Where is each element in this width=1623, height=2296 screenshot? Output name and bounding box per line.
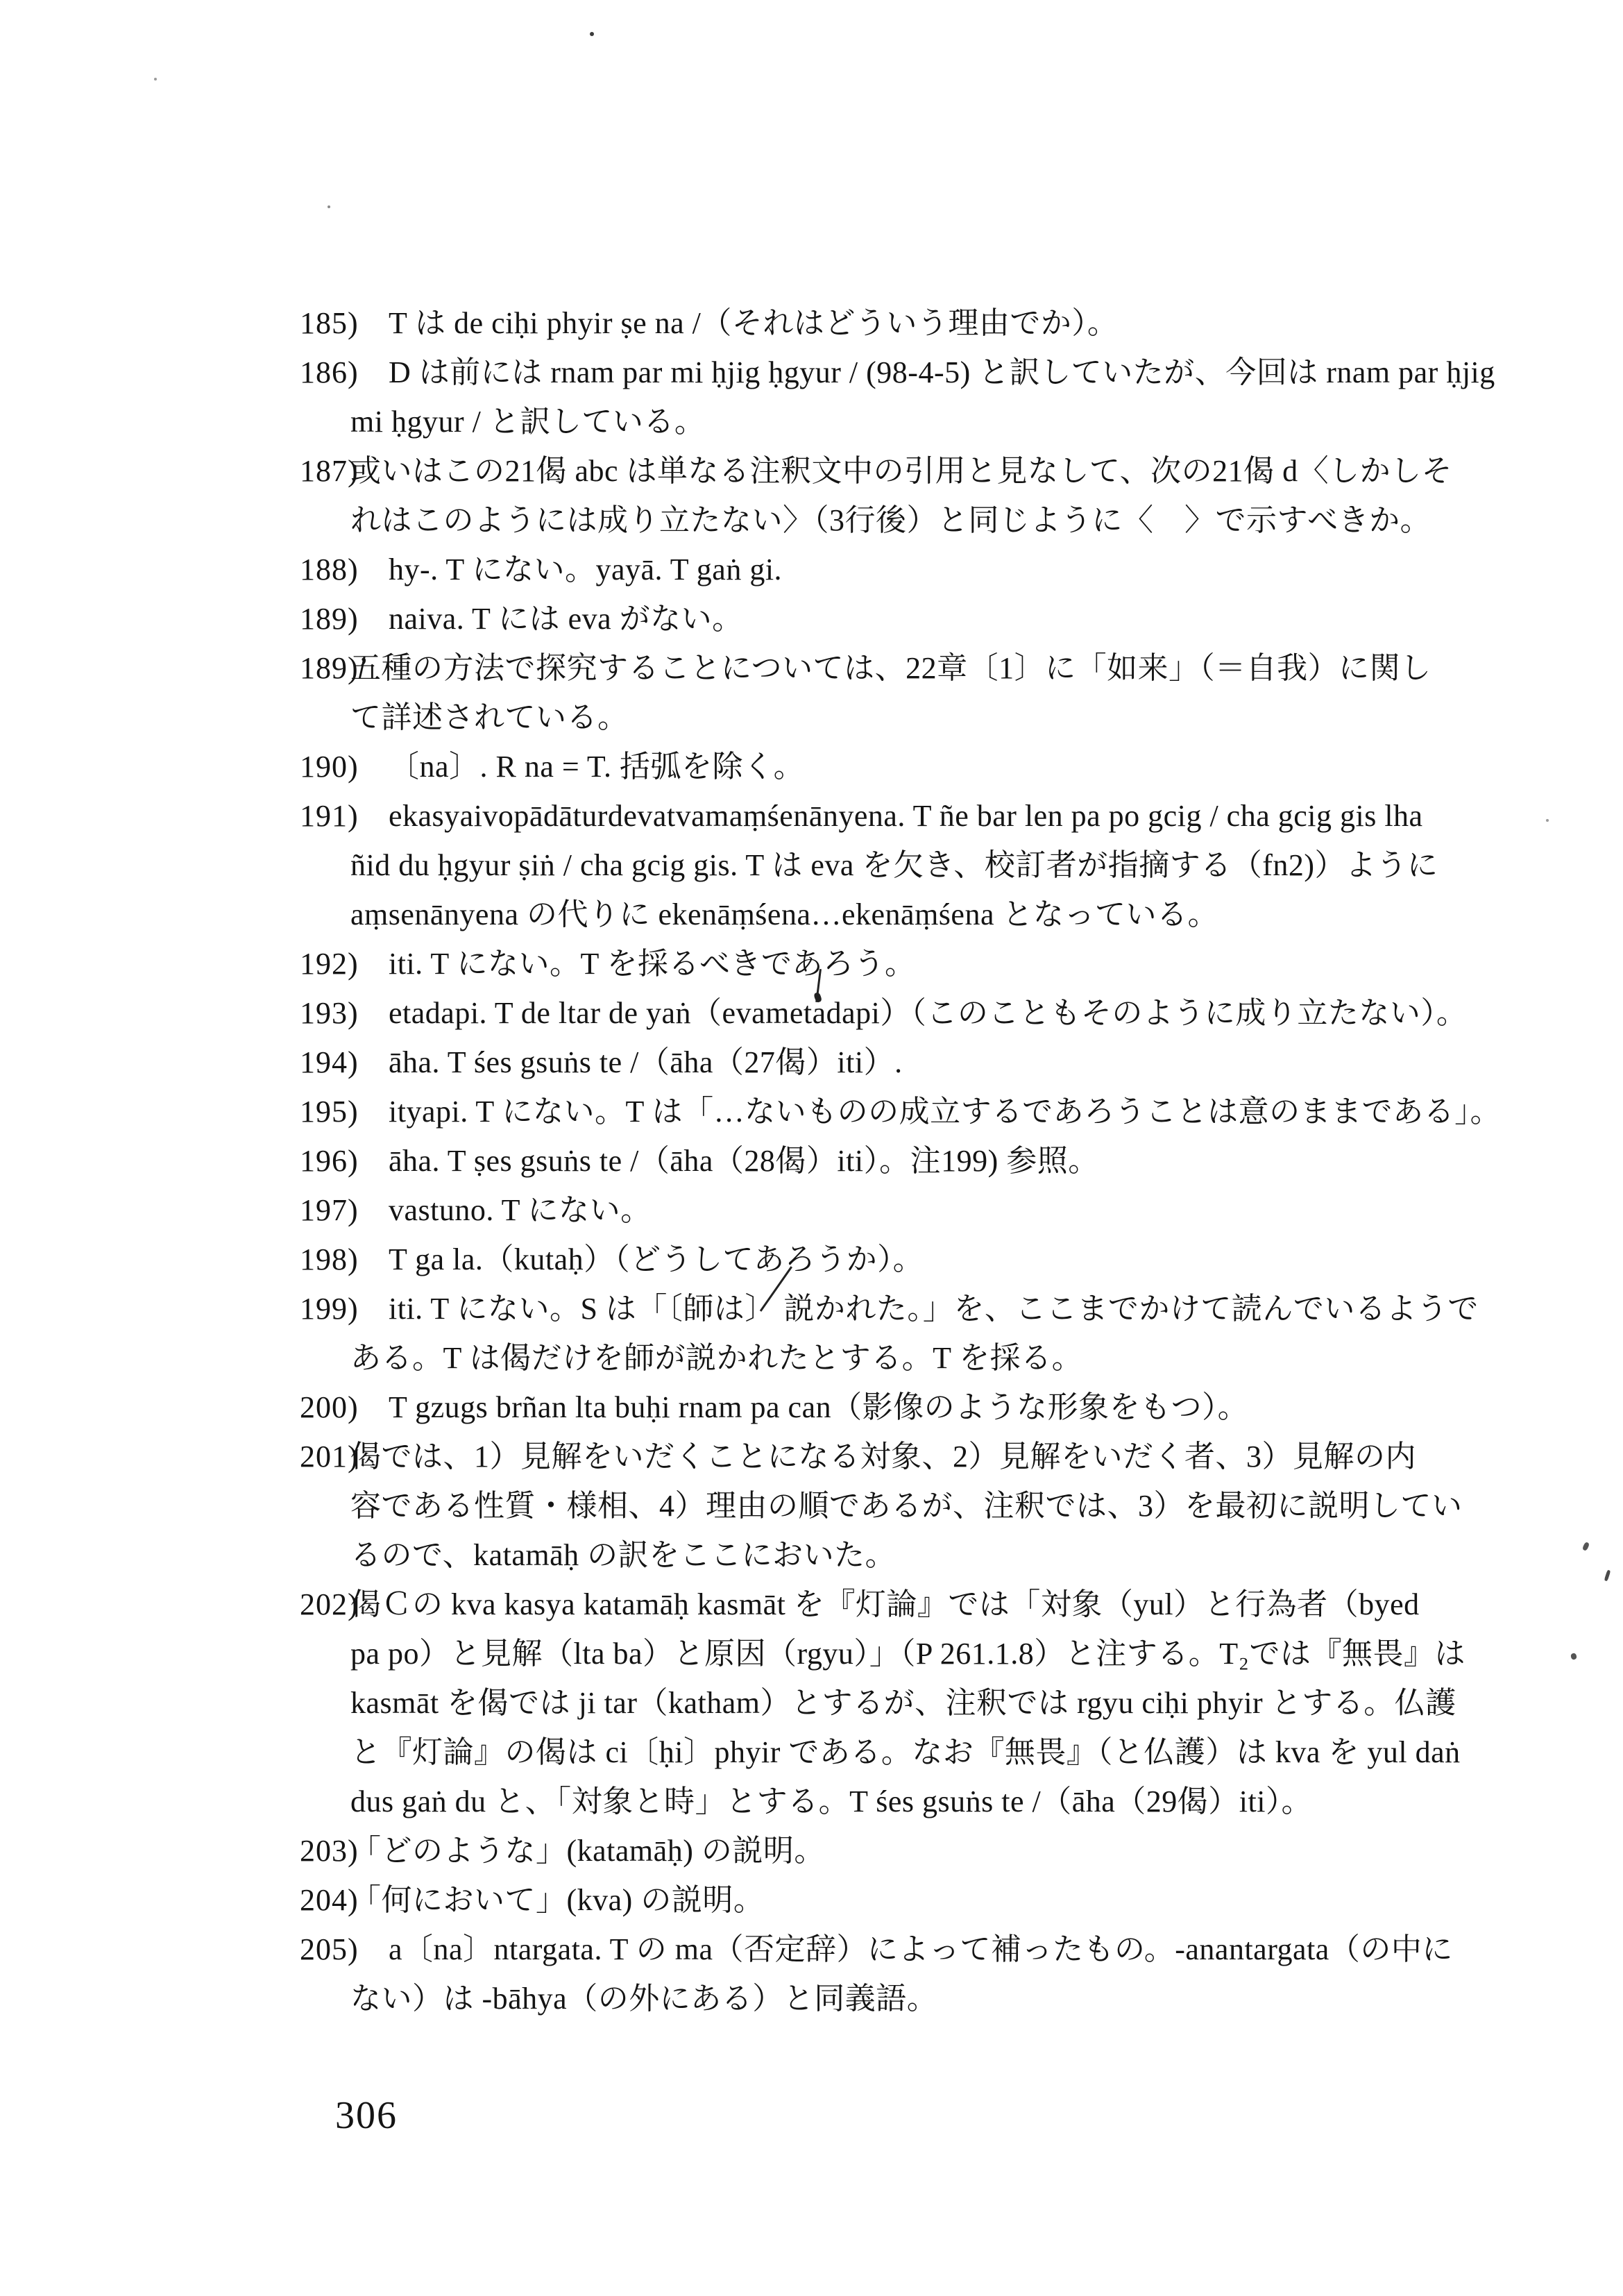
note-line: vastuno. T にない。 [350,1185,1472,1235]
note-line: dus gaṅ du と、「対象と時」とする。T śes gsuṅs te /（… [350,1777,1472,1826]
note-line: ない）は -bāhya（の外にある）と同義語。 [350,1974,1472,2023]
note-number: 205) [300,1925,359,1974]
footnote: 190)〔na〕. R na = T. 括弧を除く。 [300,742,1472,791]
note-line: 「どのような」(katamāḥ) の説明。 [350,1826,1472,1875]
footnote: 202)偈Ｃの kva kasya katamāḥ kasmāt を『灯論』では… [300,1580,1472,1826]
note-number: 202) [300,1580,359,1629]
note-number: 195) [300,1087,359,1136]
note-line: るので、katamāḥ の訳をここにおいた。 [350,1530,1472,1580]
page-number: 306 [335,2095,398,2136]
footnote: 204)「何において」(kva) の説明。 [300,1875,1472,1925]
note-number: 203) [300,1826,359,1875]
scan-speck [1582,1542,1590,1551]
note-line: naiva. T には eva がない。 [350,594,1472,643]
footnote: 205)a〔na〕ntargata. T の ma（否定辞）によって補ったもの。… [300,1925,1472,2023]
note-number: 196) [300,1136,359,1185]
note-line: hy-. T にない。yayā. T gaṅ gi. [350,545,1472,594]
note-line: T は de ciḥi phyir ṣe na /（それはどういう理由でか）。 [350,298,1472,348]
footnote: 188)hy-. T にない。yayā. T gaṅ gi. [300,545,1472,594]
footnote: 192)iti. T にない。T を採るべきであろう。 [300,939,1472,988]
note-number: 191) [300,791,359,841]
scan-speck [1604,1570,1611,1582]
note-line: ityapi. T にない。T は「…ないものの成立するであろうことは意のままで… [350,1087,1472,1136]
note-line: mi ḥgyur / と訳している。 [350,397,1472,446]
note-number: 185) [300,298,359,348]
footnote: 199)iti. T にない。S は「〔師は〕 説かれた。」を、ここまでかけて読… [300,1284,1472,1383]
note-line: 「何において」(kva) の説明。 [350,1875,1472,1925]
footnote: 195)ityapi. T にない。T は「…ないものの成立するであろうことは意… [300,1087,1472,1136]
note-line: 或いはこの21偈 abc は単なる注釈文中の引用と見なして、次の21偈 d〈しか… [350,446,1472,496]
note-number: 194) [300,1038,359,1087]
footnote: 197)vastuno. T にない。 [300,1185,1472,1235]
footnote: 203)「どのような」(katamāḥ) の説明。 [300,1826,1472,1875]
note-line: 五種の方法で探究することについては、22章〔1〕に「如来」（＝自我）に関し [350,643,1472,693]
note-line: āha. T ṣes gsuṅs te /（āha（28偈）iti）。注199)… [350,1136,1472,1185]
note-line: a〔na〕ntargata. T の ma（否定辞）によって補ったもの。-ana… [350,1925,1472,1974]
note-number: 197) [300,1185,359,1235]
note-number: 190) [300,742,359,791]
scan-speck [1546,819,1549,822]
note-line: ある。T は偈だけを師が説かれたとする。T を採る。 [350,1333,1472,1383]
note-number: 187) [300,446,359,496]
footnote: 194)āha. T śes gsuṅs te /（āha（27偈）iti）. [300,1038,1472,1087]
note-line: 〔na〕. R na = T. 括弧を除く。 [350,742,1472,791]
note-number: 189) [300,594,359,643]
note-number: 192) [300,939,359,988]
note-line: T gzugs brñan lta buḥi rnam pa can（影像のよう… [350,1383,1472,1432]
note-number: 198) [300,1235,359,1284]
scan-speck [590,32,594,36]
note-line: ñid du ḥgyur ṣiṅ / cha gcig gis. T は eva… [350,841,1472,890]
footnote: 189)naiva. T には eva がない。 [300,594,1472,643]
scanned-book-page: 185)T は de ciḥi phyir ṣe na /（それはどういう理由で… [0,0,1623,2296]
footnote: 198)T ga la.（kutaḥ）（どうしてあろうか）。 [300,1235,1472,1284]
scan-speck [1570,1653,1577,1660]
note-line: 偈では、1）見解をいだくことになる対象、2）見解をいだく者、3）見解の内 [350,1432,1472,1481]
note-line: D は前には rnam par mi ḥjig ḥgyur / (98-4-5)… [350,348,1472,397]
footnote: 196)āha. T ṣes gsuṅs te /（āha（28偈）iti）。注… [300,1136,1472,1185]
scan-speck [154,78,157,81]
note-line: れはこのようには成り立たない〉（3行後）と同じように〈 〉で示すべきか。 [350,496,1472,545]
endnotes-list: 185)T は de ciḥi phyir ṣe na /（それはどういう理由で… [300,298,1472,2023]
note-number: 200) [300,1383,359,1432]
note-line: 偈Ｃの kva kasya katamāḥ kasmāt を『灯論』では「対象（… [350,1580,1472,1629]
note-line: T ga la.（kutaḥ）（どうしてあろうか）。 [350,1235,1472,1284]
note-number: 188) [300,545,359,594]
footnote: 186)D は前には rnam par mi ḥjig ḥgyur / (98-… [300,348,1472,446]
note-number: 201) [300,1432,359,1481]
footnote: 191)ekasyaivopādāturdevatvamaṃśenānyena.… [300,791,1472,939]
note-number: 186) [300,348,359,397]
note-line: etadapi. T de ltar de yaṅ（evametadapi）（こ… [350,988,1472,1038]
note-line: と『灯論』の偈は ci〔ḥi〕phyir である。なお『無畏』（と仏護）は kv… [350,1728,1472,1777]
note-number: 204) [300,1875,359,1925]
note-number: 193) [300,988,359,1038]
note-line: aṃsenānyena の代りに ekenāṃśena…ekenāṃśena と… [350,890,1472,939]
footnote: 200)T gzugs brñan lta buḥi rnam pa can（影… [300,1383,1472,1432]
note-line: て詳述されている。 [350,693,1472,742]
footnote: 189)’五種の方法で探究することについては、22章〔1〕に「如来」（＝自我）に… [300,643,1472,742]
note-line: 容である性質・様相、4）理由の順であるが、注釈では、3）を最初に説明してい [350,1481,1472,1530]
note-line: iti. T にない。S は「〔師は〕 説かれた。」を、ここまでかけて読んでいる… [350,1284,1472,1333]
note-line: kasmāt を偈では ji tar（katham）とするが、注釈では rgyu… [350,1678,1472,1728]
note-line: āha. T śes gsuṅs te /（āha（27偈）iti）. [350,1038,1472,1087]
note-line: pa po）と見解（lta ba）と原因（rgyu）」（P 261.1.8）と注… [350,1629,1472,1678]
note-line: iti. T にない。T を採るべきであろう。 [350,939,1472,988]
note-number: 199) [300,1284,359,1333]
footnote: 185)T は de ciḥi phyir ṣe na /（それはどういう理由で… [300,298,1472,348]
note-number: 189)’ [300,643,369,693]
scan-speck [328,205,330,208]
footnote: 187)或いはこの21偈 abc は単なる注釈文中の引用と見なして、次の21偈 … [300,446,1472,545]
footnote: 193)etadapi. T de ltar de yaṅ（evametadap… [300,988,1472,1038]
footnote: 201)偈では、1）見解をいだくことになる対象、2）見解をいだく者、3）見解の内… [300,1432,1472,1580]
note-line: ekasyaivopādāturdevatvamaṃśenānyena. T ñ… [350,791,1472,841]
